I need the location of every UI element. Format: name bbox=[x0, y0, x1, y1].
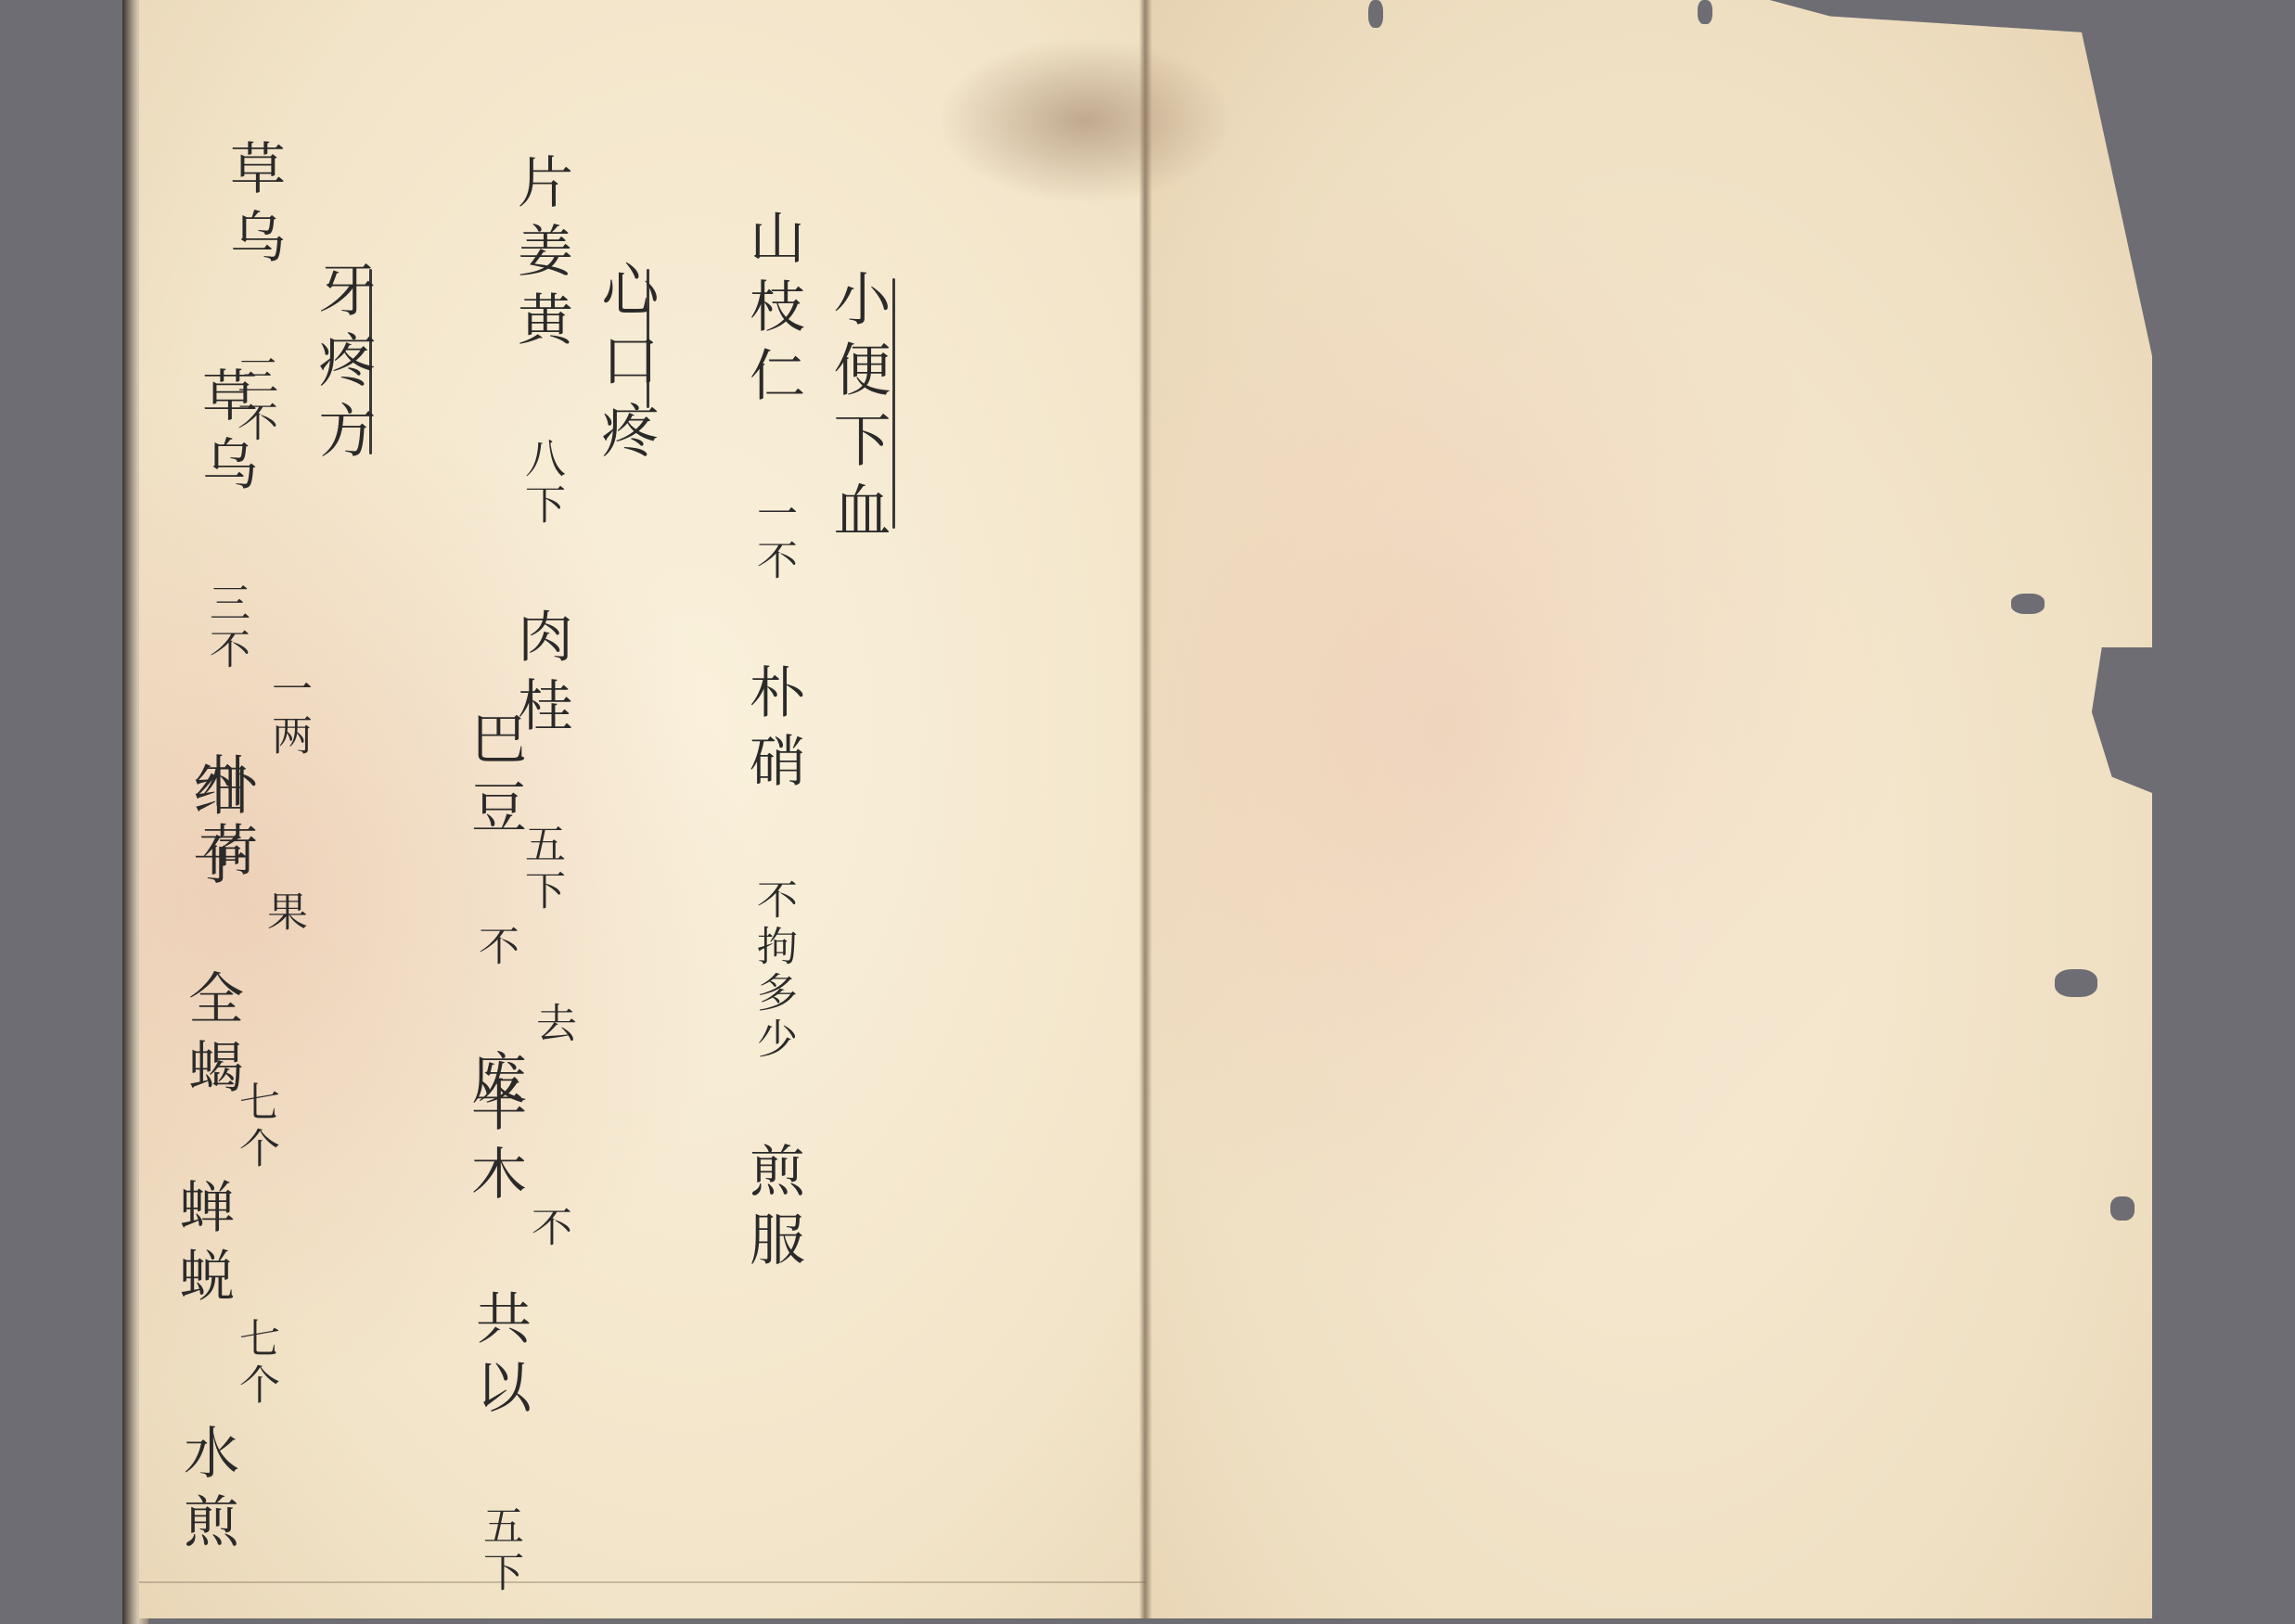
herb-name: 山枝仁 bbox=[740, 209, 805, 415]
paper-hole bbox=[1698, 0, 1712, 24]
recipe-line: 蝉蜕 bbox=[162, 1178, 242, 1315]
recipe-line: 去 bbox=[519, 1002, 584, 1048]
herb-dose: 不 bbox=[471, 925, 519, 971]
herb-name: 草乌 bbox=[193, 366, 258, 504]
herb-note: 不拘多少 bbox=[750, 878, 797, 1064]
recipe-line: 七个 bbox=[223, 1317, 288, 1410]
herb-dose: 一不 bbox=[750, 492, 797, 585]
recipe-title-toothache: 牙疼方 bbox=[301, 260, 384, 471]
herb-dose: 去 bbox=[529, 1002, 576, 1048]
recipe-line: 半木 bbox=[455, 1076, 534, 1213]
herb-name: 朴硝 bbox=[740, 663, 805, 800]
herb-name: 半木 bbox=[462, 1076, 527, 1213]
recipe-line: 山枝仁 一不 朴硝 不拘多少 煎服 bbox=[733, 209, 813, 1279]
preparation-method: 水煎 bbox=[174, 1424, 239, 1561]
scanned-book-spread: 小便下血 山枝仁 一不 朴硝 不拘多少 煎服 心口疼 片姜黄 八下 肉桂 五下 … bbox=[0, 0, 2295, 1624]
preparation-method: 煎服 bbox=[740, 1142, 805, 1279]
recipe-line: 果 bbox=[250, 890, 315, 937]
center-fold bbox=[1139, 0, 1152, 1618]
recipe-title-chest-pain: 心口疼 bbox=[584, 260, 667, 471]
herb-name: 草乌 bbox=[221, 139, 286, 276]
bottom-crease bbox=[139, 1581, 1146, 1583]
paper-hole bbox=[1368, 0, 1383, 28]
paper-hole bbox=[2110, 1196, 2135, 1221]
recipe-line: 巴豆 不 废 bbox=[455, 710, 534, 1118]
herb-dose: 一两 bbox=[264, 668, 312, 761]
herb-name: 细子 bbox=[184, 761, 249, 898]
recipe-line: 一两 bbox=[255, 668, 320, 761]
herb-dose: 七个 bbox=[232, 1081, 279, 1173]
paper-hole bbox=[2011, 594, 2045, 614]
right-page-blank bbox=[1146, 0, 2152, 1618]
recipe-line: 不 bbox=[515, 1206, 580, 1252]
herb-name: 片姜黄 bbox=[508, 153, 573, 359]
herb-dose: 三不 bbox=[202, 582, 250, 674]
paper-hole bbox=[2055, 969, 2097, 997]
herb-dose: 八下 bbox=[518, 437, 565, 530]
herb-name: 巴豆 bbox=[462, 710, 527, 847]
recipe-line: 细子 bbox=[176, 761, 256, 898]
recipe-line: 共以 五下 bbox=[459, 1289, 539, 1597]
recipe-title-blood-in-urine: 小便下血 bbox=[816, 269, 899, 551]
herb-dose: 五下 bbox=[476, 1504, 523, 1597]
herb-name: 蝉蜕 bbox=[170, 1178, 235, 1315]
herb-dose: 七个 bbox=[232, 1317, 279, 1410]
herb-dose: 不 bbox=[524, 1206, 571, 1252]
herb-name: 共以 bbox=[467, 1289, 532, 1426]
recipe-line: 水煎 bbox=[167, 1424, 247, 1561]
recipe-line: 七个 bbox=[223, 1081, 288, 1173]
herb-dose: 果 bbox=[260, 890, 307, 937]
